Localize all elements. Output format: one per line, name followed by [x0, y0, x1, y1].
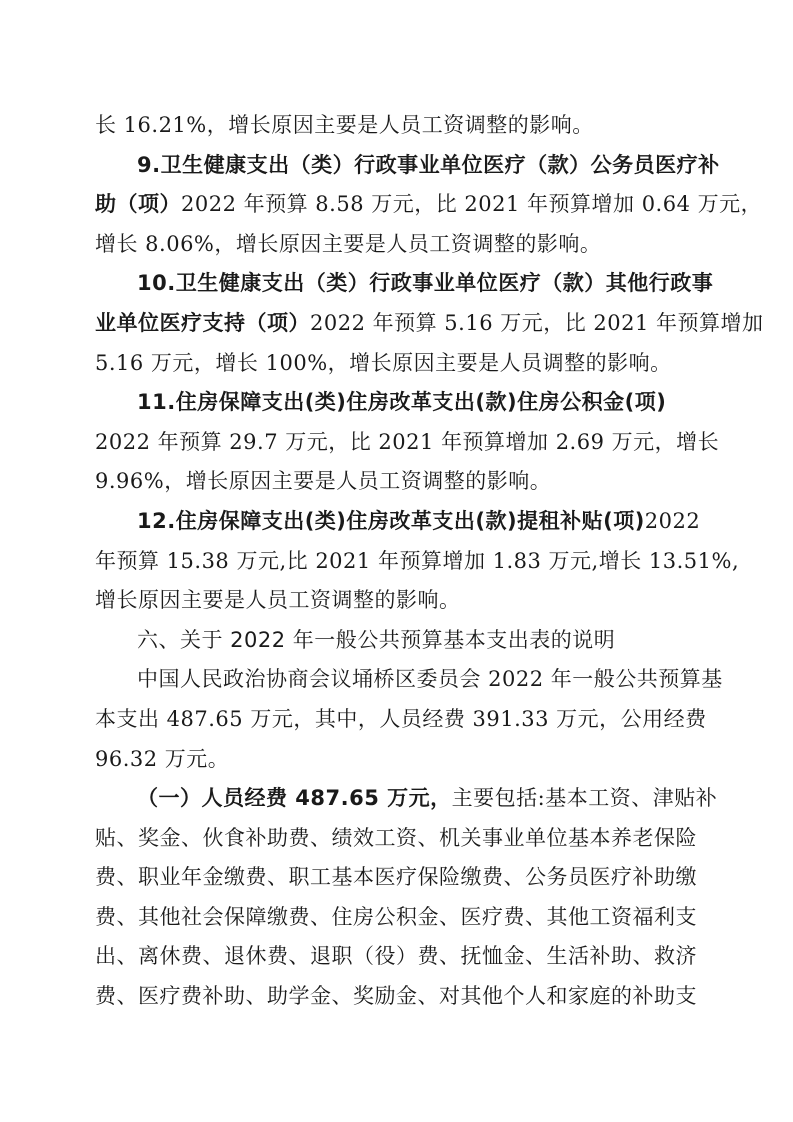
- line-text: 中国人民政治协商会议埇桥区委员会 2022 年一般公共预算基: [137, 667, 723, 691]
- text-line-23: 费、医疗费补助、助学金、奖励金、对其他个人和家庭的补助支: [95, 977, 695, 1017]
- line-text: 贴、奖金、伙食补助费、绩效工资、机关事业单位基本养老保险: [95, 826, 697, 850]
- line-text: 费、医疗费补助、助学金、奖励金、对其他个人和家庭的补助支: [95, 984, 697, 1008]
- text-line-20: 费、职业年金缴费、职工基本医疗保险缴费、公务员医疗补助缴: [95, 858, 695, 898]
- subsection-1-title: （一）人员经费 487.65 万元，: [137, 786, 452, 810]
- line-text: 9.96%，增长原因主要是人员工资调整的影响。: [95, 469, 551, 493]
- subsection-1-heading: （一）人员经费 487.65 万元，主要包括:基本工资、津贴补: [95, 779, 695, 819]
- line-text: 5.16 万元，增长 100%，增长原因主要是人员调整的影响。: [95, 351, 672, 375]
- item-11-title: 11.住房保障支出(类)住房改革支出(款)住房公积金(项): [137, 390, 666, 414]
- item-9-title: 9.卫生健康支出（类）行政事业单位医疗（款）公务员医疗补: [137, 153, 720, 177]
- item-12-body: 2022: [645, 509, 700, 533]
- text-line-9: 2022 年预算 29.7 万元，比 2021 年预算增加 2.69 万元，增长: [95, 423, 695, 463]
- text-line-1: 长 16.21%，增长原因主要是人员工资调整的影响。: [95, 106, 695, 146]
- section-6-heading: 六、关于 2022 年一般公共预算基本支出表的说明: [95, 621, 695, 661]
- item-9-body: 2022 年预算 8.58 万元，比 2021 年预算增加 0.64 万元，: [181, 192, 762, 216]
- item-10-heading: 10.卫生健康支出（类）行政事业单位医疗（款）其他行政事: [95, 264, 695, 304]
- item-9-heading: 9.卫生健康支出（类）行政事业单位医疗（款）公务员医疗补: [95, 146, 695, 186]
- item-10-body: 2022 年预算 5.16 万元，比 2021 年预算增加: [310, 311, 764, 335]
- line-text: 2022 年预算 29.7 万元，比 2021 年预算增加 2.69 万元，增长: [95, 430, 719, 454]
- text-line-21: 费、其他社会保障缴费、住房公积金、医疗费、其他工资福利支: [95, 898, 695, 938]
- line-text: 96.32 万元。: [95, 747, 229, 771]
- item-10-title-cont: 业单位医疗支持（项）: [95, 311, 310, 335]
- text-line-19: 贴、奖金、伙食补助费、绩效工资、机关事业单位基本养老保险: [95, 819, 695, 859]
- line-text: 出、离休费、退休费、退职（役）费、抚恤金、生活补助、救济: [95, 944, 697, 968]
- line-text: 费、职业年金缴费、职工基本医疗保险缴费、公务员医疗补助缴: [95, 865, 697, 889]
- line-text: 本支出 487.65 万元，其中，人员经费 391.33 万元，公用经费: [95, 707, 707, 731]
- line-text: 增长原因主要是人员工资调整的影响。: [95, 588, 461, 612]
- item-12-title: 12.住房保障支出(类)住房改革支出(款)提租补贴(项): [137, 509, 645, 533]
- line-text: 年预算 15.38 万元,比 2021 年预算增加 1.83 万元,增长 13.…: [95, 549, 739, 573]
- text-line-13: 增长原因主要是人员工资调整的影响。: [95, 581, 695, 621]
- text-line-17: 96.32 万元。: [95, 740, 695, 780]
- line-text: 增长 8.06%，增长原因主要是人员工资调整的影响。: [95, 232, 601, 256]
- text-line-22: 出、离休费、退休费、退职（役）费、抚恤金、生活补助、救济: [95, 937, 695, 977]
- text-line-12: 年预算 15.38 万元,比 2021 年预算增加 1.83 万元,增长 13.…: [95, 542, 695, 582]
- text-line-4: 增长 8.06%，增长原因主要是人员工资调整的影响。: [95, 225, 695, 265]
- text-line-3: 助（项）2022 年预算 8.58 万元，比 2021 年预算增加 0.64 万…: [95, 185, 695, 225]
- item-11-heading: 11.住房保障支出(类)住房改革支出(款)住房公积金(项): [95, 383, 695, 423]
- document-page: 长 16.21%，增长原因主要是人员工资调整的影响。 9.卫生健康支出（类）行政…: [95, 106, 695, 1017]
- item-10-title: 10.卫生健康支出（类）行政事业单位医疗（款）其他行政事: [137, 271, 713, 295]
- section-6-title: 六、关于 2022 年一般公共预算基本支出表的说明: [137, 628, 615, 652]
- subsection-1-body: 主要包括:基本工资、津贴补: [452, 786, 718, 810]
- item-12-heading: 12.住房保障支出(类)住房改革支出(款)提租补贴(项)2022: [95, 502, 695, 542]
- text-line-15: 中国人民政治协商会议埇桥区委员会 2022 年一般公共预算基: [95, 660, 695, 700]
- text-line-6: 业单位医疗支持（项）2022 年预算 5.16 万元，比 2021 年预算增加: [95, 304, 695, 344]
- text-line-7: 5.16 万元，增长 100%，增长原因主要是人员调整的影响。: [95, 344, 695, 384]
- line-text: 长 16.21%，增长原因主要是人员工资调整的影响。: [95, 113, 594, 137]
- text-line-10: 9.96%，增长原因主要是人员工资调整的影响。: [95, 462, 695, 502]
- line-text: 费、其他社会保障缴费、住房公积金、医疗费、其他工资福利支: [95, 905, 697, 929]
- text-line-16: 本支出 487.65 万元，其中，人员经费 391.33 万元，公用经费: [95, 700, 695, 740]
- item-9-title-cont: 助（项）: [95, 192, 181, 216]
